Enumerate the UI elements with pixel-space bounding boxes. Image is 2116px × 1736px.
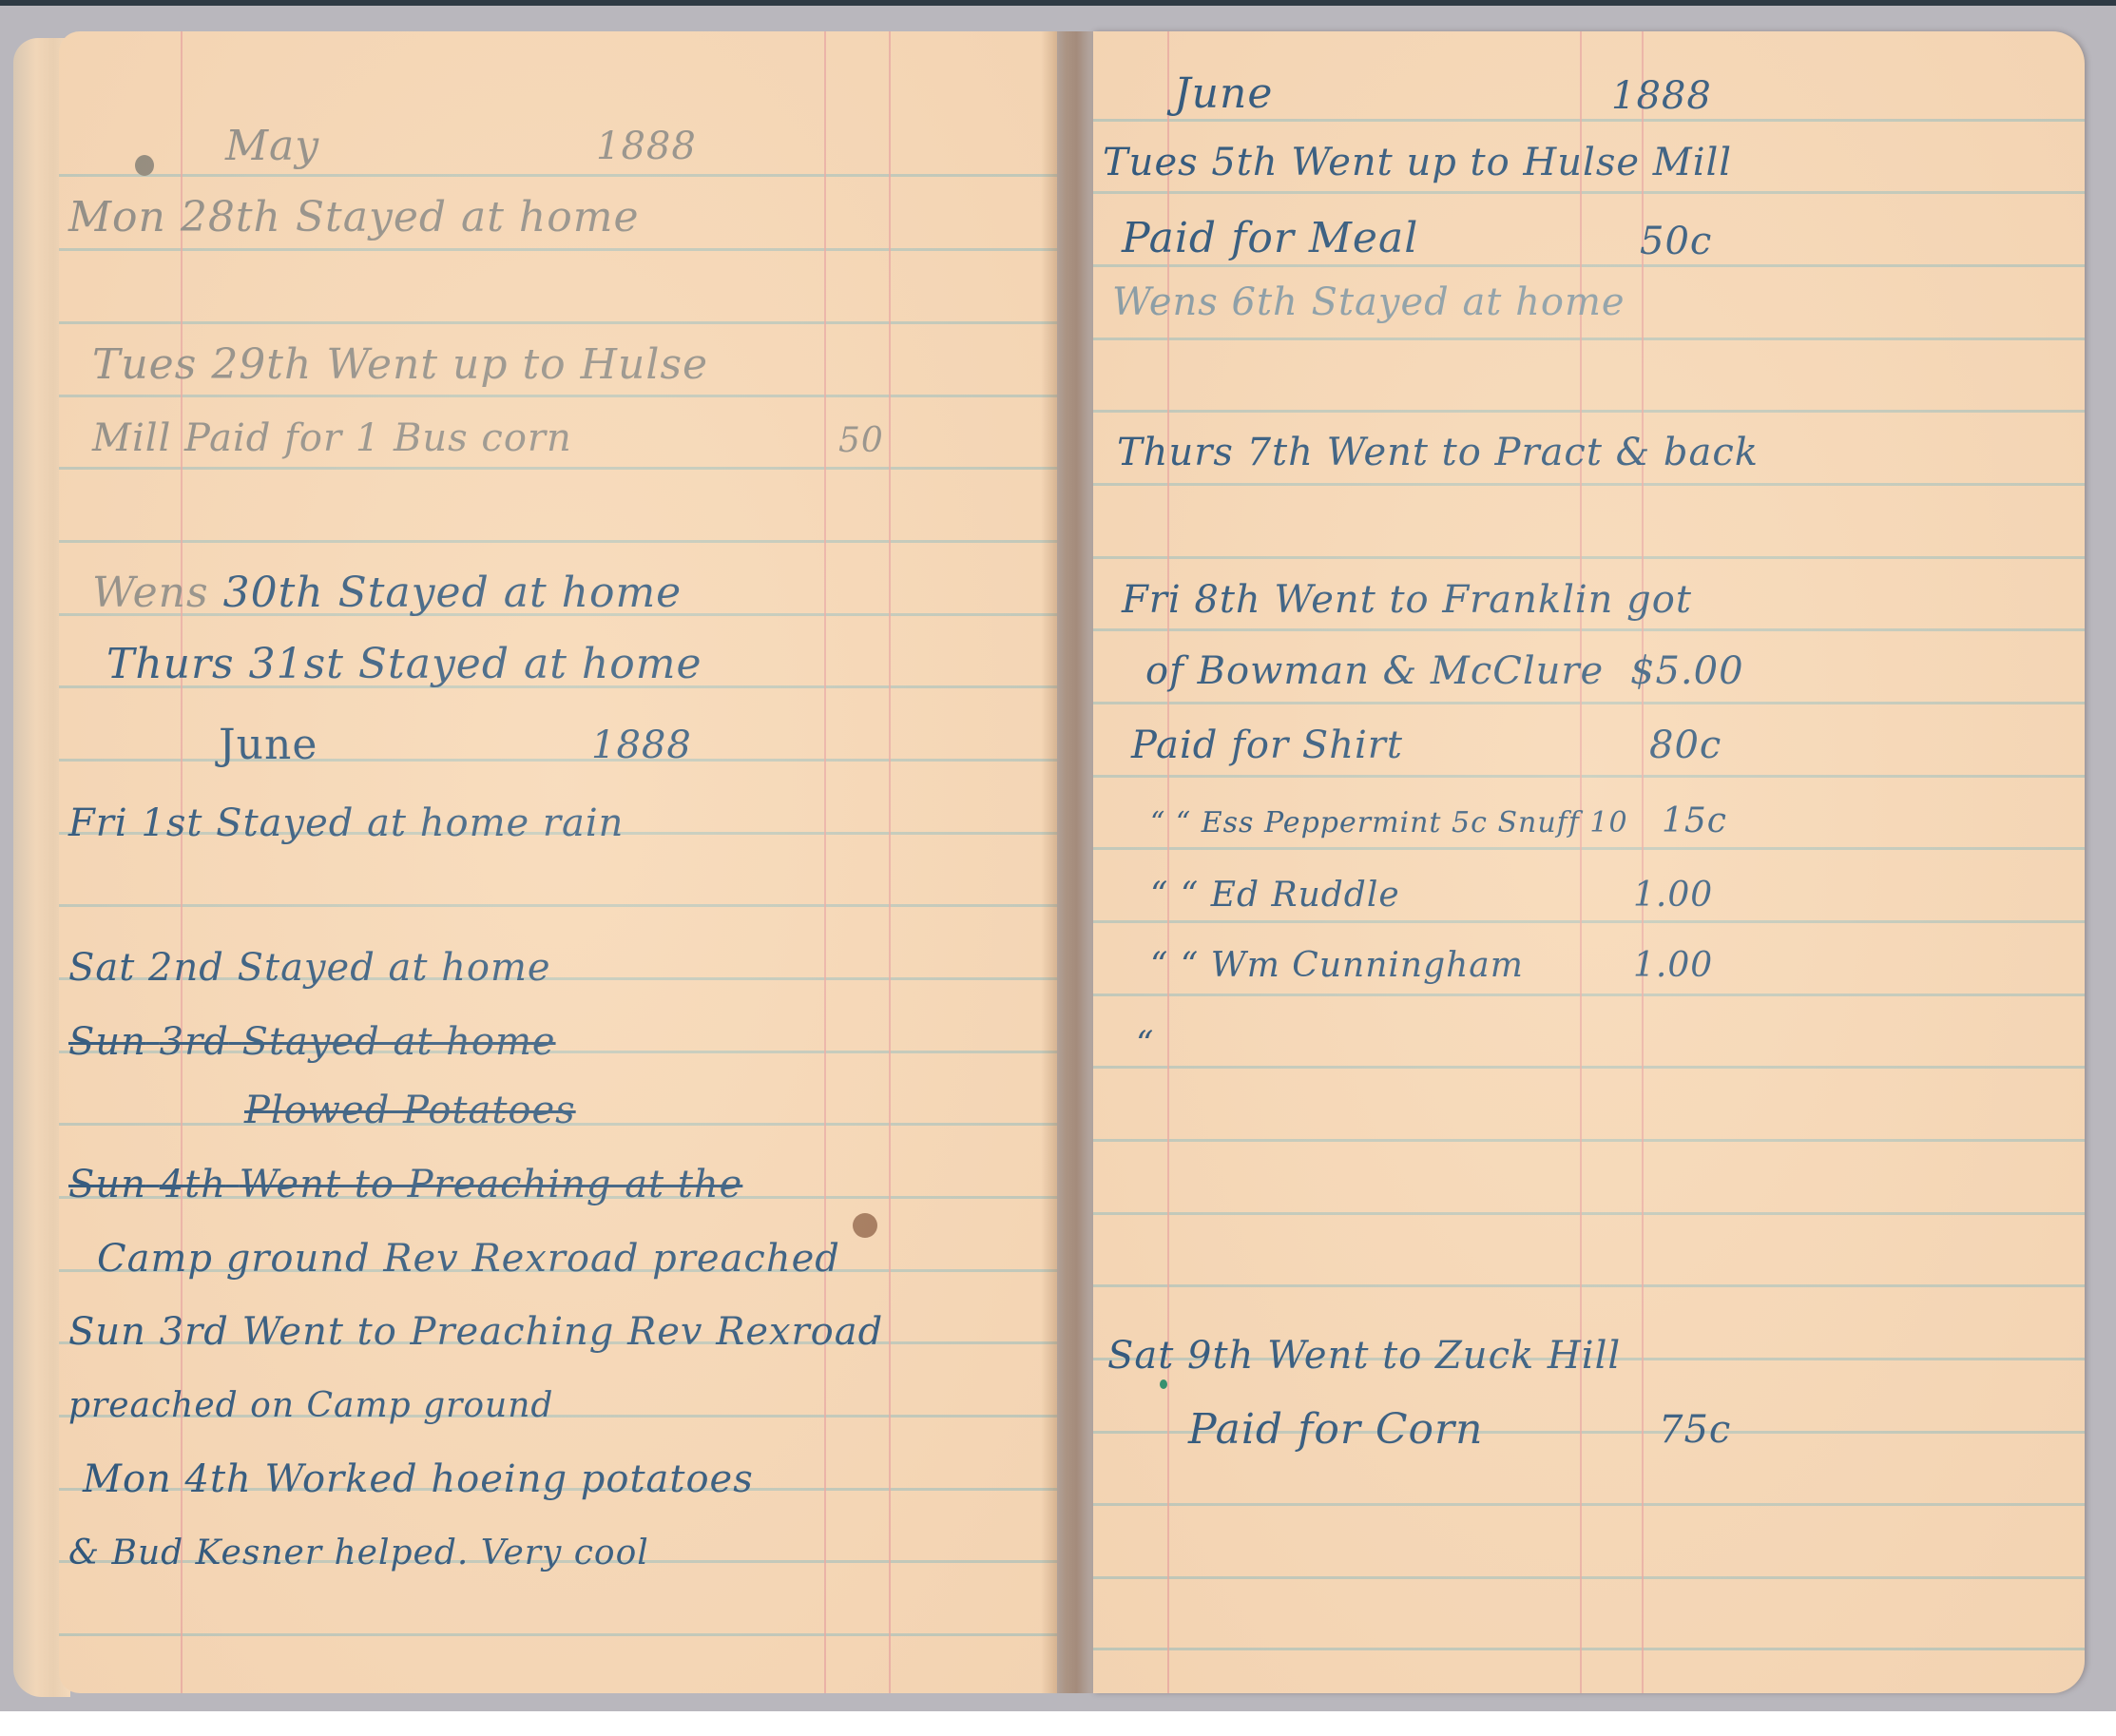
- margin-line: [889, 31, 891, 1693]
- ruled-line: [1093, 1066, 2085, 1069]
- amount: 1.00: [1633, 946, 1713, 985]
- struck-entry: Plowed Potatoes: [244, 1089, 576, 1132]
- ruled-line: [59, 467, 1057, 470]
- ruled-line: [59, 395, 1057, 397]
- ruled-line: [1093, 920, 2085, 923]
- struck-entry: Sun 4th Went to Preaching at the: [68, 1163, 742, 1206]
- amount: 50: [838, 421, 884, 460]
- amount: 75c: [1659, 1408, 1731, 1452]
- ruled-line: [1093, 119, 2085, 122]
- ruled-line: [59, 1633, 1057, 1636]
- left-page: May 1888 Mon 28th Stayed at home Tues 29…: [59, 31, 1057, 1693]
- diary-entry: Wens 30th Stayed at home: [92, 569, 682, 617]
- margin-line: [181, 31, 183, 1693]
- ruled-line: [1093, 1648, 2085, 1650]
- month-header: June: [219, 721, 317, 769]
- diary-entry: Paid for Shirt: [1131, 723, 1403, 767]
- ruled-line: [1093, 410, 2085, 413]
- ruled-line: [1093, 191, 2085, 194]
- ruled-line: [1093, 775, 2085, 778]
- ink-spot: [1160, 1379, 1167, 1389]
- ruled-line: [59, 759, 1057, 762]
- diary-entry: “ “ Wm Cunningham: [1150, 946, 1524, 985]
- margin-line: [824, 31, 826, 1693]
- diary-entry: Fri 1st Stayed at home rain: [68, 801, 624, 845]
- ruled-line: [1093, 1139, 2085, 1142]
- diary-entry: Sat 2nd Stayed at home: [68, 946, 551, 990]
- amount: $5.00: [1630, 649, 1744, 693]
- diary-entry: “ “ Ed Ruddle: [1150, 876, 1400, 915]
- ruled-line: [1093, 264, 2085, 267]
- margin-line: [1642, 31, 1644, 1693]
- diary-entry: Mon 4th Worked hoeing potatoes: [83, 1457, 754, 1501]
- diary-entry: Thurs 7th Went to Pract & back: [1117, 431, 1759, 474]
- diary-entry: Mon 28th Stayed at home: [68, 193, 640, 241]
- ruled-line: [59, 174, 1057, 177]
- year-header: 1888: [1611, 74, 1712, 118]
- diary-entry: Paid for Corn: [1188, 1405, 1483, 1454]
- ruled-line: [59, 904, 1057, 907]
- ruled-line: [1093, 1212, 2085, 1215]
- ruled-line: [1093, 702, 2085, 704]
- ruled-line: [1093, 483, 2085, 486]
- ruled-line: [1093, 338, 2085, 340]
- amount: 80c: [1649, 723, 1722, 767]
- year-header: 1888: [591, 723, 692, 767]
- ruled-line: [59, 248, 1057, 251]
- ruled-line: [1093, 847, 2085, 850]
- amount: 15c: [1662, 801, 1727, 840]
- month-header: May: [225, 122, 319, 170]
- diary-entry: Sun 3rd Went to Preaching Rev Rexroad: [68, 1310, 883, 1354]
- diary-entry: “ “ Ess Peppermint 5c Snuff 10: [1150, 806, 1628, 839]
- diary-entry: Fri 8th Went to Franklin got: [1122, 578, 1692, 622]
- ruled-line: [59, 540, 1057, 543]
- ruled-line: [1093, 1576, 2085, 1579]
- scan-bottom-edge: [0, 1711, 2116, 1736]
- year-header: 1888: [596, 125, 697, 168]
- ruled-line: [1093, 1503, 2085, 1506]
- ruled-line: [1093, 1284, 2085, 1287]
- diary-entry: Camp ground Rev Rexroad preached: [97, 1237, 840, 1281]
- diary-entry: & Bud Kesner helped. Very cool: [68, 1533, 649, 1572]
- diary-entry: Tues 29th Went up to Hulse: [92, 340, 708, 389]
- diary-entry: Thurs 31st Stayed at home: [106, 640, 702, 688]
- ditto-mark: “: [1136, 1025, 1154, 1064]
- stain: [135, 155, 154, 176]
- scan-top-edge: [0, 0, 2116, 6]
- ruled-line: [1093, 993, 2085, 996]
- amount: 50c: [1640, 220, 1712, 263]
- ruled-line: [1093, 628, 2085, 631]
- diary-entry: of Bowman & McClure: [1145, 649, 1604, 693]
- month-header: June: [1174, 69, 1273, 118]
- diary-entry: Tues 5th Went up to Hulse Mill: [1103, 141, 1732, 184]
- diary-entry: Paid for Meal: [1122, 214, 1418, 262]
- right-page: June 1888 Tues 5th Went up to Hulse Mill…: [1093, 31, 2085, 1693]
- ruled-line: [59, 321, 1057, 324]
- diary-entry: preached on Camp ground: [68, 1386, 553, 1425]
- amount: 1.00: [1633, 876, 1713, 915]
- diary-entry: Mill Paid for 1 Bus corn: [92, 416, 572, 460]
- stain: [853, 1213, 877, 1238]
- diary-entry: Sat 9th Went to Zuck Hill: [1107, 1334, 1621, 1378]
- ruled-line: [1093, 556, 2085, 559]
- diary-entry: Wens 6th Stayed at home: [1112, 280, 1625, 324]
- struck-entry: Sun 3rd Stayed at home: [68, 1020, 556, 1064]
